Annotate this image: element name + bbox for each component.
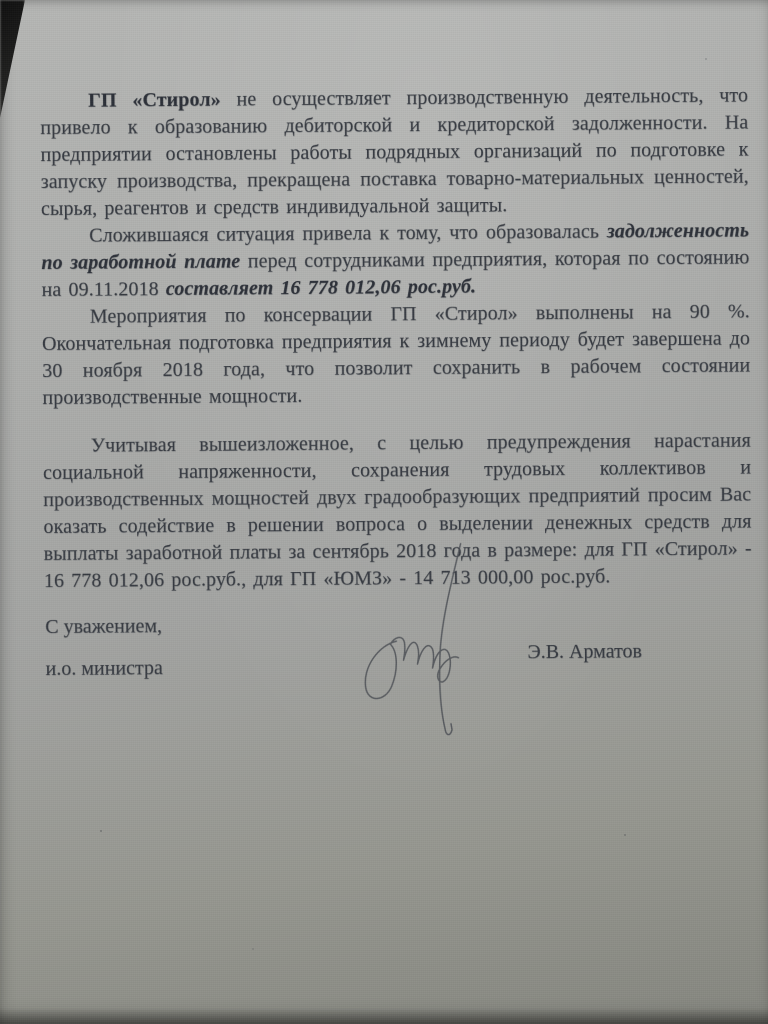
letter-body: ГП «Стирол» не осуществляет производстве… [40, 82, 753, 788]
signer-position: и.о. министра [45, 656, 162, 681]
paragraph-conservation-text: Мероприятия по консервации ГП «Стирол» в… [42, 300, 750, 409]
photo-bottom-shadow [0, 1008, 768, 1024]
closing-regards: С уважением, [45, 614, 162, 639]
paragraph-stirol-activity: ГП «Стирол» не осуществляет производстве… [40, 82, 749, 223]
paragraph-conservation: Мероприятия по консервации ГП «Стирол» в… [42, 298, 751, 412]
wage-debt-amount: составляет 16 778 012,06 рос.руб. [166, 276, 476, 300]
wage-debt-intro: Сложившаяся ситуация привела к тому, что… [89, 221, 607, 247]
scanned-letter-photo: ГП «Стирол» не осуществляет производстве… [0, 0, 768, 1024]
handwritten-signature-icon [354, 536, 528, 753]
paragraph-wage-debt: Сложившаяся ситуация привела к тому, что… [41, 217, 750, 304]
signer-name: Э.В. Арматов [527, 639, 642, 664]
paper-dust-specks [0, 0, 2, 2]
page-corner-shadow [0, 0, 25, 118]
company-name-bold: ГП «Стирол» [88, 89, 221, 112]
